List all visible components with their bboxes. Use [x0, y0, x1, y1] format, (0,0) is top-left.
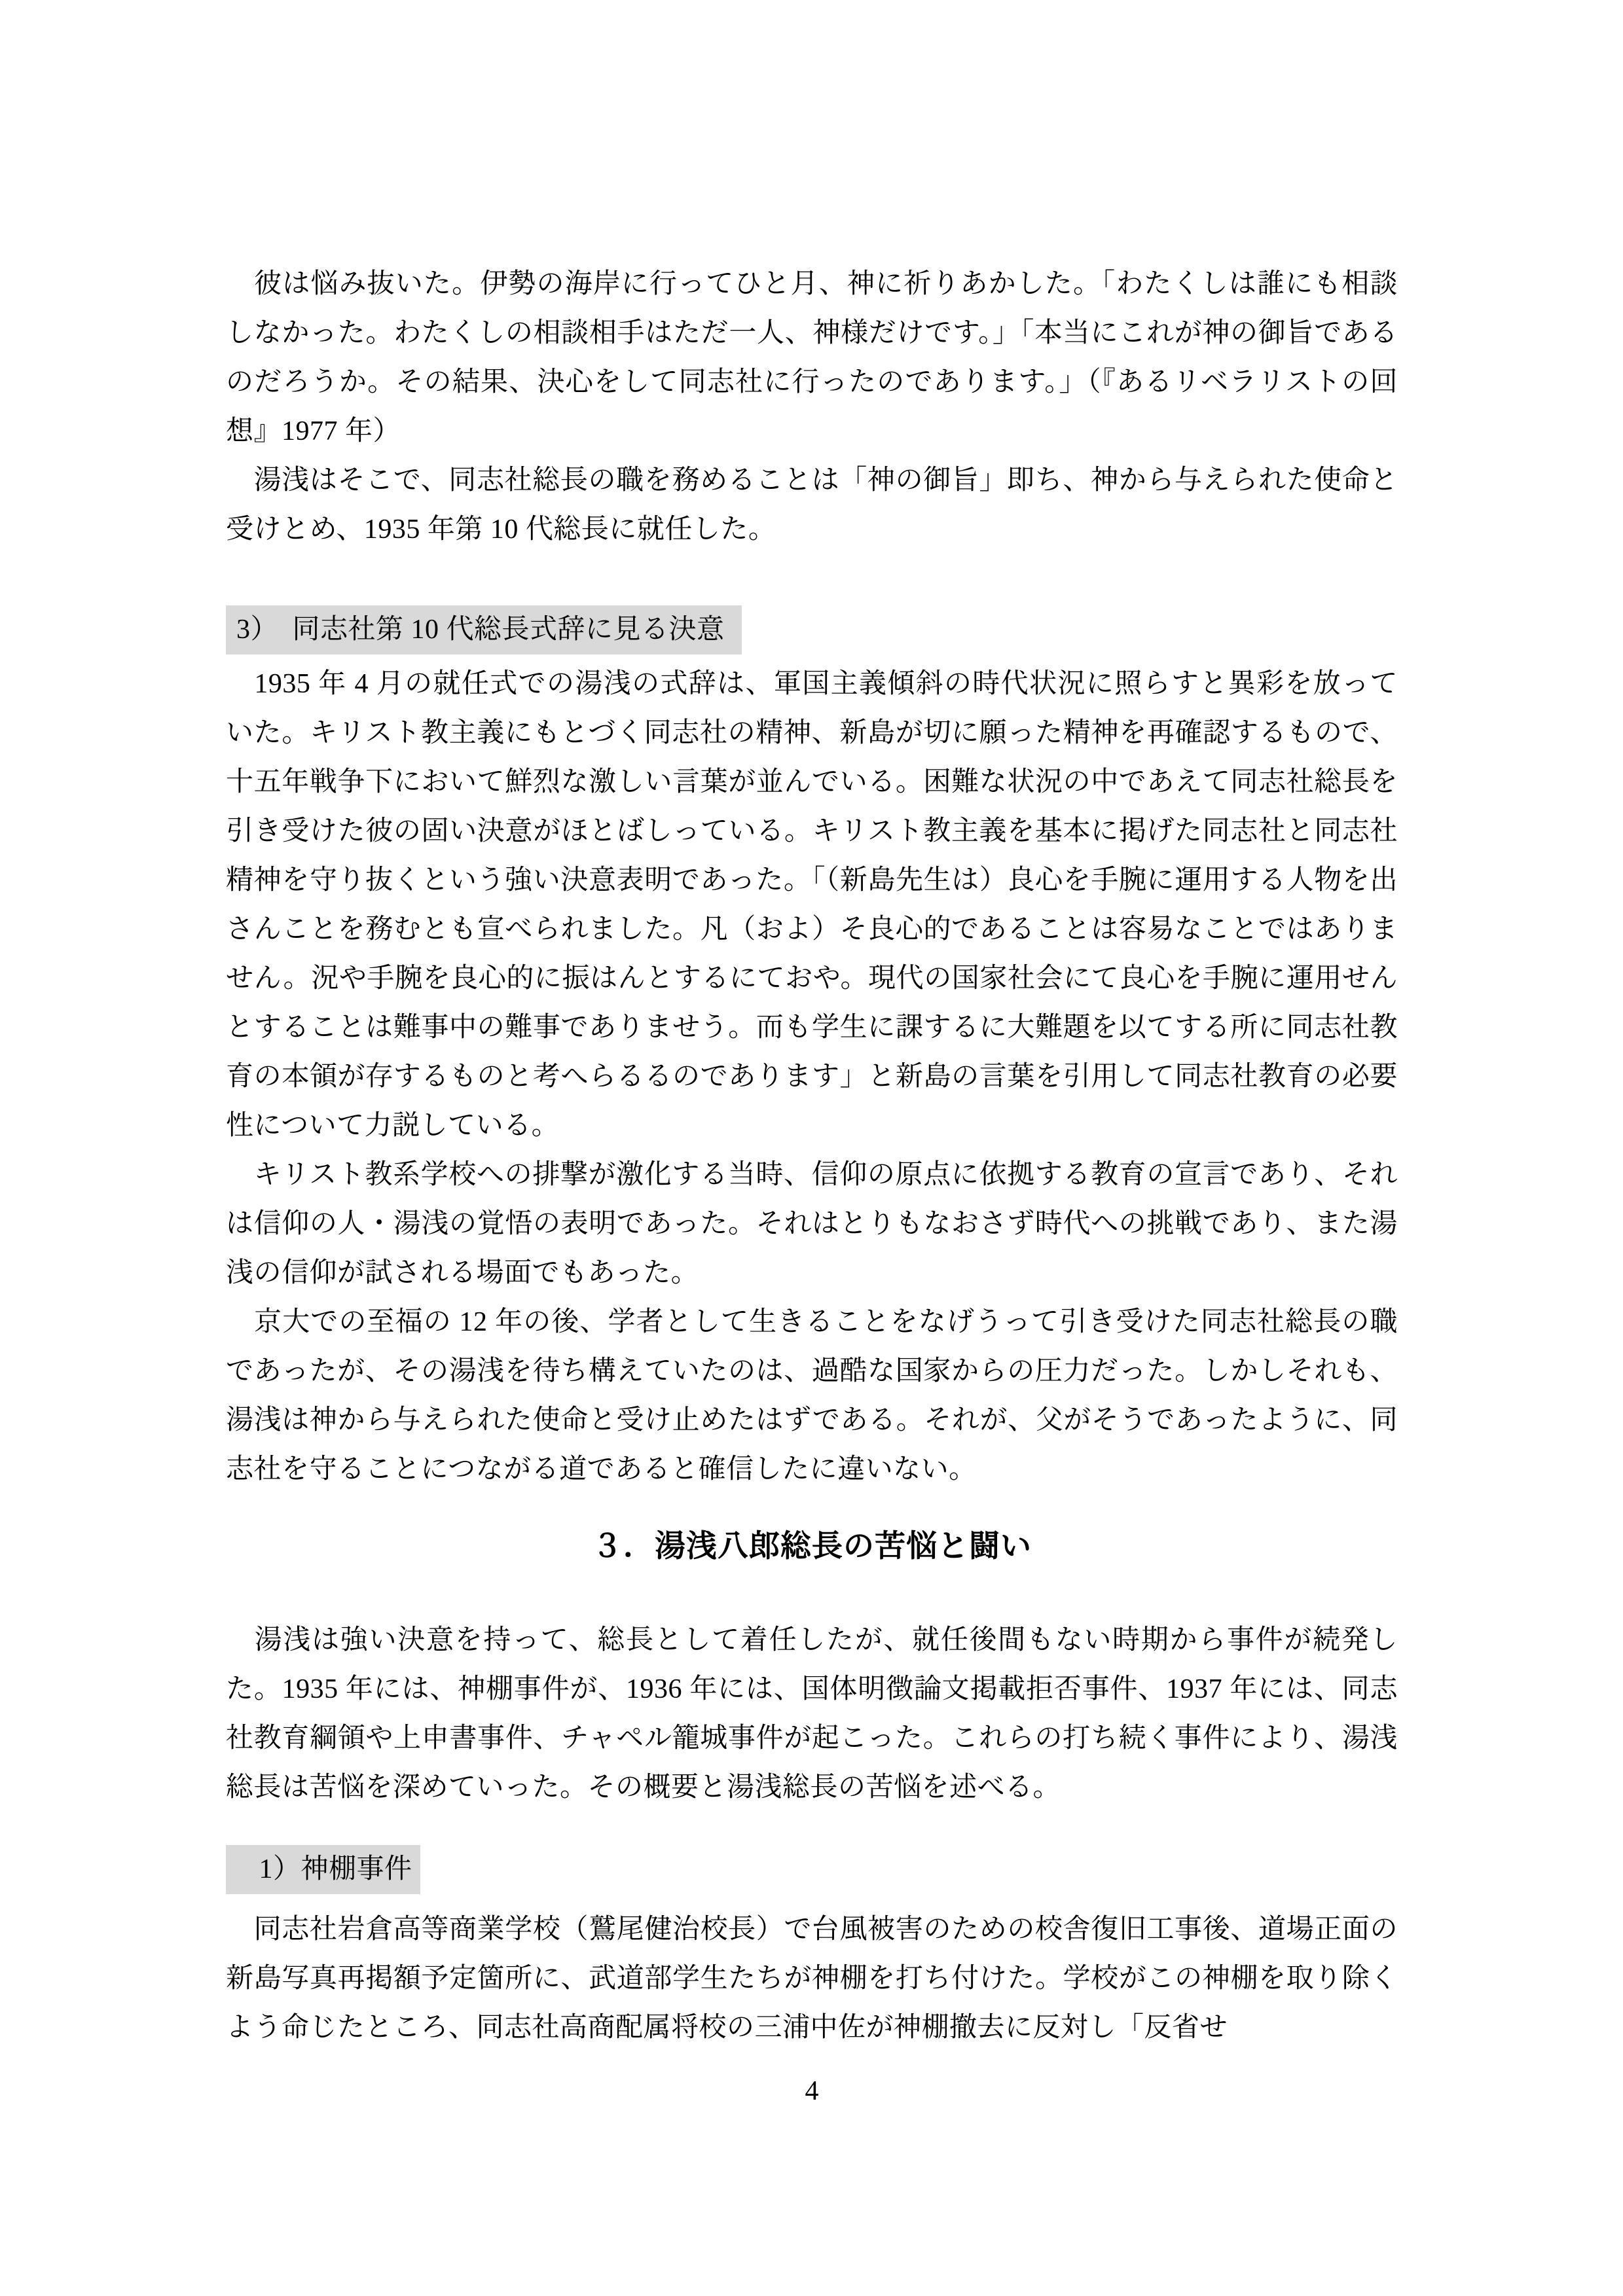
section-heading-1-highlight: 1）神棚事件 — [226, 1845, 420, 1894]
section-heading-3-address: 3） 同志社第 10 代総長式辞に見る決意 — [226, 605, 1398, 655]
document-page: 彼は悩み抜いた。伊勢の海岸に行ってひと月、神に祈りあかした。「わたくしは誰にも相… — [0, 0, 1623, 2296]
paragraph-incidents-overview: 湯浅は強い決意を持って、総長として着任したが、就任後間もない時期から事件が続発し… — [226, 1616, 1398, 1812]
paragraph-kyodai-mission: 京大での至福の 12 年の後、学者として生きることをなげうって引き受けた同志社総… — [226, 1298, 1398, 1494]
paragraph-faith-declaration: キリスト教系学校への排撃が激化する当時、信仰の原点に依拠する教育の宣言であり、そ… — [226, 1151, 1398, 1298]
section-heading-1-kamidana: 1）神棚事件 — [226, 1845, 1398, 1894]
paragraph-ise-prayer: 彼は悩み抜いた。伊勢の海岸に行ってひと月、神に祈りあかした。「わたくしは誰にも相… — [226, 260, 1398, 456]
paragraph-kamidana-incident: 同志社岩倉高等商業学校（鷲尾健治校長）で台風被害のための校舎復旧工事後、道場正面… — [226, 1905, 1398, 2053]
paragraph-inauguration-1935: 湯浅はそこで、同志社総長の職を務めることは「神の御旨」即ち、神から与えられた使命… — [226, 456, 1398, 554]
page-number: 4 — [226, 2068, 1398, 2114]
paragraph-address-quote: 1935 年 4 月の就任式での湯浅の式辞は、軍国主義傾斜の時代状況に照らすと異… — [226, 660, 1398, 1151]
chapter-heading-yuasa-struggle: ３．湯浅八郎総長の苦悩と闘い — [226, 1521, 1398, 1570]
section-heading-3-highlight: 3） 同志社第 10 代総長式辞に見る決意 — [226, 605, 742, 655]
